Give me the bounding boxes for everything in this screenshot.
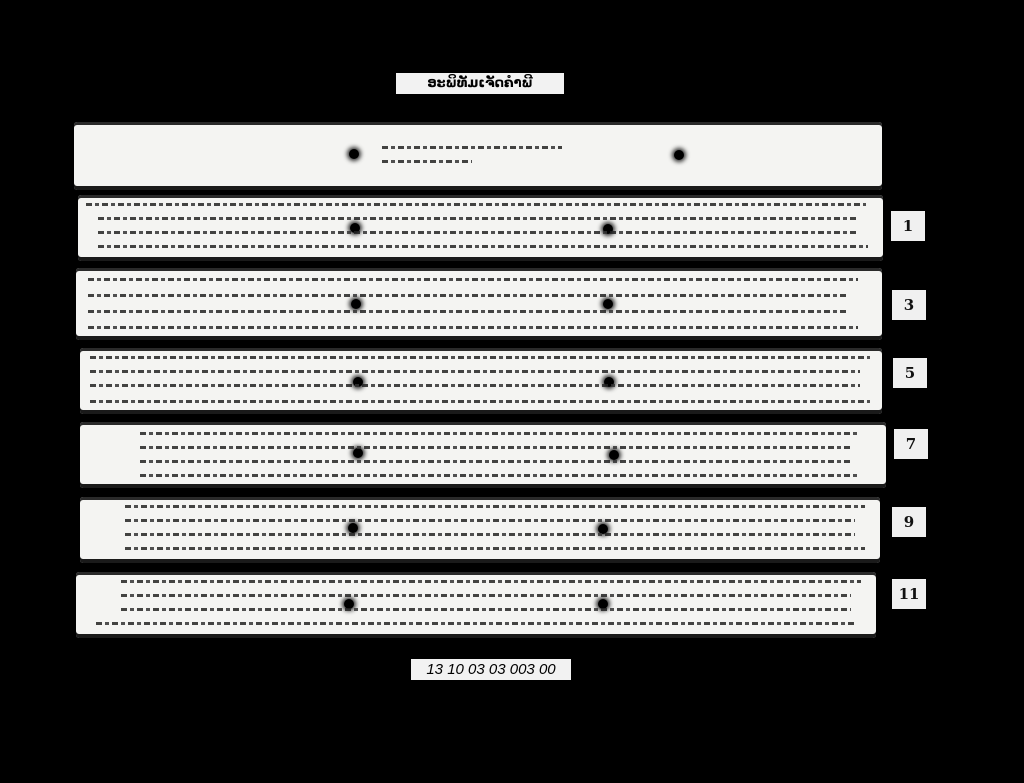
script-line [90, 400, 870, 403]
leaf-number-label: 5 [893, 358, 927, 388]
string-hole [349, 149, 359, 159]
script-line [88, 294, 848, 297]
leaf-number-label: 3 [892, 290, 926, 320]
script-line [140, 474, 860, 477]
script-line [382, 146, 562, 149]
script-line [88, 326, 858, 329]
string-hole [348, 523, 358, 533]
script-line [90, 356, 870, 359]
script-line [125, 547, 865, 550]
palm-leaf-cover [74, 122, 882, 190]
script-line [98, 231, 858, 234]
leaf-number-label: 1 [891, 211, 925, 241]
leaf-number-label: 7 [894, 429, 928, 459]
script-line [98, 217, 858, 220]
script-line [121, 608, 851, 611]
script-line [382, 160, 472, 163]
leaf-number-label: 9 [892, 507, 926, 537]
palm-leaf [78, 195, 883, 261]
script-line [86, 203, 866, 206]
script-line [140, 446, 850, 449]
script-line [125, 505, 865, 508]
string-hole [674, 150, 684, 160]
script-line [98, 245, 868, 248]
script-line [140, 432, 860, 435]
palm-leaf [80, 497, 880, 563]
palm-leaf [76, 572, 876, 638]
reference-number-label: 13 10 03 03 003 00 [411, 659, 571, 680]
script-line [121, 594, 851, 597]
script-line [125, 519, 855, 522]
script-line [121, 580, 861, 583]
palm-leaf [80, 422, 886, 488]
manuscript-title-label: ອະພິທັມເຈັດຄຳພີ [396, 73, 564, 94]
script-line [90, 370, 860, 373]
script-line [140, 460, 850, 463]
palm-leaf [80, 348, 882, 414]
script-line [88, 278, 858, 281]
script-line [88, 310, 848, 313]
string-hole [353, 448, 363, 458]
string-hole [609, 450, 619, 460]
palm-leaf [76, 268, 882, 340]
string-hole [351, 299, 361, 309]
script-line [90, 384, 860, 387]
string-hole [603, 299, 613, 309]
script-line [125, 533, 855, 536]
script-line [96, 622, 856, 625]
leaf-number-label: 11 [892, 579, 926, 609]
